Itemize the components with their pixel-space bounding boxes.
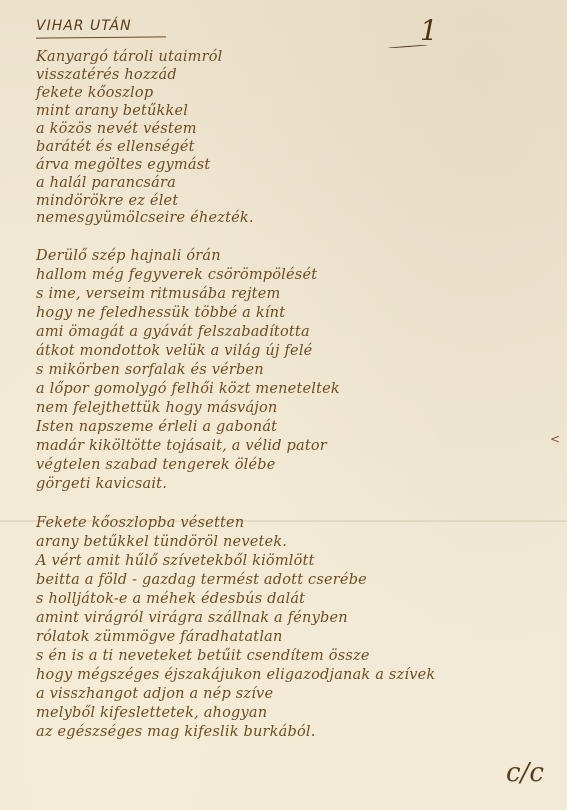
poem-line: fekete kőoszlop xyxy=(36,84,153,102)
poem-line: Derülő szép hajnali órán xyxy=(36,247,221,265)
poem-title: VIHAR UTÁN xyxy=(36,18,132,34)
poem-line: s én is a ti neveteket betűit csendítem … xyxy=(36,647,370,665)
poem-line: Fekete kőoszlopba vésetten xyxy=(36,514,244,532)
poem-line: árva megöltes egymást xyxy=(36,156,210,174)
poem-line: Isten napszeme érleli a gabonát xyxy=(36,418,277,436)
poem-line: a közös nevét véstem xyxy=(36,120,197,138)
poem-line: a lőpor gomolygó felhői közt meneteltek xyxy=(36,380,340,398)
title-underline xyxy=(36,36,166,38)
poem-line: Kanyargó tároli utaimról xyxy=(36,48,223,66)
folio-mark: c/c xyxy=(506,758,544,788)
poem-line: beitta a föld - gazdag termést adott cse… xyxy=(36,571,367,589)
poem-line: nem felejthettük hogy másvájon xyxy=(36,399,277,417)
poem-line: barátét és ellenségét xyxy=(36,138,195,156)
poem-line: rólatok zümmögve fáradhatatlan xyxy=(36,628,283,646)
poem-line: hogy ne feledhessük többé a kínt xyxy=(36,304,285,322)
poem-line: hogy mégszéges éjszakájukon eligazodjana… xyxy=(36,666,435,684)
margin-mark: < xyxy=(550,432,560,446)
poem-line: a visszhangot adjon a nép szíve xyxy=(36,685,273,703)
poem-line: a halál parancsára xyxy=(36,174,176,192)
poem-line: az egészséges mag kifeslik burkából. xyxy=(36,723,316,741)
poem-line: végtelen szabad tengerek ölébe xyxy=(36,456,276,474)
poem-line: nemesgyümölcseire éhezték. xyxy=(36,209,254,227)
poem-line: görgeti kavicsait. xyxy=(36,475,167,493)
poem-line: hallom még fegyverek csörömpölését xyxy=(36,266,317,284)
poem-line: arany betűkkel tündöröl nevetek. xyxy=(36,533,287,551)
poem-line: s mikörben sorfalak és vérben xyxy=(36,361,264,379)
poem-line: mint arany betűkkel xyxy=(36,102,188,120)
poem-line: amint virágról virágra szállnak a fénybe… xyxy=(36,609,348,627)
poem-line: melyből kifeslettetek, ahogyan xyxy=(36,704,267,722)
poem-line: átkot mondottok velük a világ új felé xyxy=(36,342,312,360)
poem-line: visszatérés hozzád xyxy=(36,66,177,84)
poem-line: s holljátok-e a méhek édesbús dalát xyxy=(36,590,305,608)
poem-line: s ime, verseim ritmusába rejtem xyxy=(36,285,280,303)
poem-line: A vért amit hűlő szívetekből kiömlött xyxy=(36,552,315,570)
page-number: 1 xyxy=(420,14,438,47)
manuscript-page: VIHAR UTÁN 1 Kanyargó tároli utaimról vi… xyxy=(0,0,567,810)
poem-line: ami ömagát a gyávát felszabadította xyxy=(36,323,310,341)
poem-line: madár kiköltötte tojásait, a vélid pator xyxy=(36,437,327,455)
poem-line: mindörökre ez élet xyxy=(36,192,178,210)
